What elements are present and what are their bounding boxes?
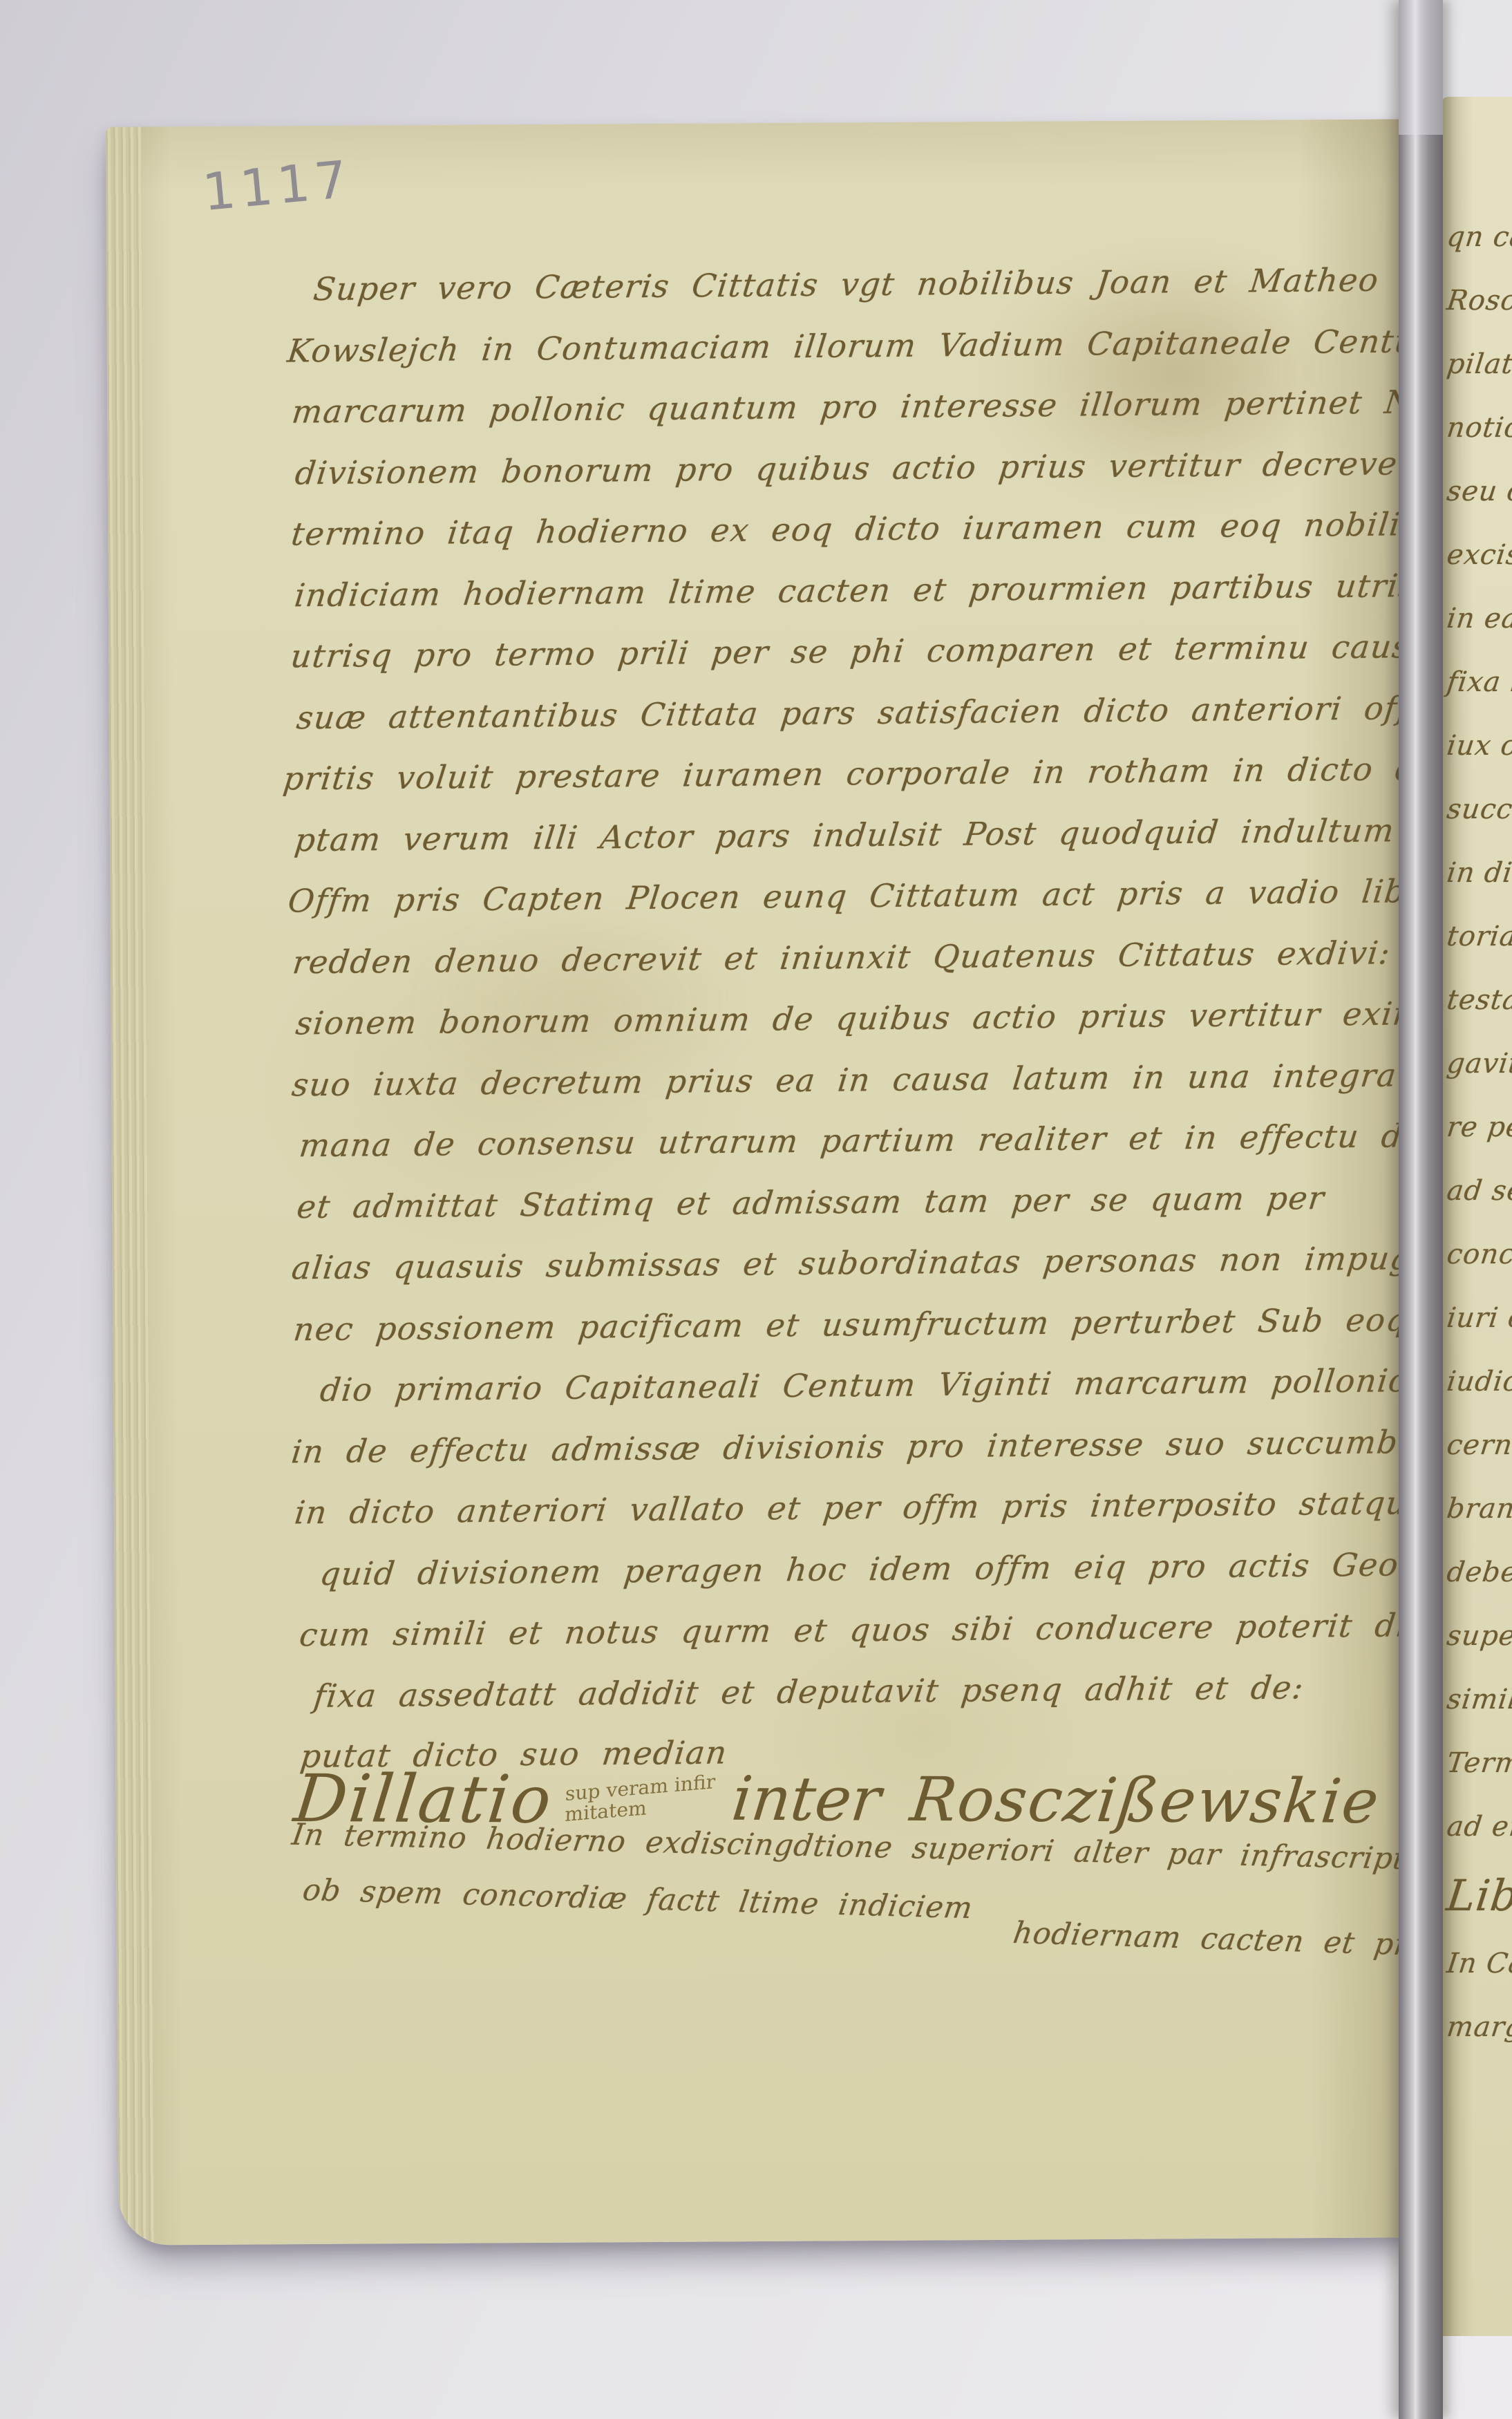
- manuscript-line: alias quasuis submissas et subordinatas …: [290, 1239, 1421, 1287]
- facing-page-text-fragment: margaret: [1445, 2011, 1512, 2043]
- entry-second-line-cont: hodiernam cacten et prodernioi: [1011, 1916, 1421, 1966]
- entry-second-line: ob spem concordiæ factt ltime indiciem: [301, 1873, 976, 1926]
- facing-page-text-fragment: qn caus: [1445, 221, 1512, 253]
- facing-page-heading-fragment: Liber: [1444, 1870, 1512, 1921]
- facing-page-text-fragment: fixa in: [1445, 666, 1512, 698]
- facing-page-text-fragment: in eaq c: [1445, 603, 1512, 634]
- manuscript-photo: 1117 Super vero Cæteris Cittatis vgt nob…: [0, 0, 1512, 2419]
- glass-rod-translucent-top: [1399, 0, 1443, 135]
- facing-page-text-fragment: testatur!: [1445, 984, 1512, 1016]
- manuscript-line: divisionem bonorum pro quibus actio priu…: [293, 444, 1421, 491]
- facing-page-text-fragment: ad seque: [1445, 1175, 1512, 1207]
- facing-page-text-fragment: ad emissa: [1445, 1811, 1512, 1843]
- facing-page-text-fragment: cernes: [1445, 1429, 1512, 1461]
- page-number-pencil: 1117: [200, 149, 355, 223]
- facing-page-text-fragment: iudicam: [1445, 1366, 1512, 1397]
- heading-family-name: Rosczißewskie: [907, 1769, 1383, 1832]
- facing-page-text-fragment: Termino: [1445, 1747, 1512, 1779]
- facing-page-text-fragment: toria est: [1445, 921, 1512, 952]
- manuscript-line: cum simili et notus qurm et quos sibi co…: [298, 1606, 1421, 1653]
- facing-page-text-fragment: iux conc: [1445, 730, 1512, 762]
- manuscript-line: in dicto anteriori vallato et per offm p…: [293, 1484, 1421, 1532]
- facing-page-text-fragment: debet ps: [1445, 1556, 1512, 1588]
- manuscript-line: quid divisionem peragen hoc idem offm ei…: [318, 1545, 1421, 1592]
- manuscript-line: utrisq pro termo prili per se phi compar…: [289, 628, 1421, 675]
- facing-page-text-fragment: concedi.: [1445, 1239, 1512, 1270]
- heading-word-inter: inter: [729, 1769, 884, 1830]
- facing-page-text-fragment: Rosczisk: [1445, 285, 1512, 317]
- facing-page-text-fragment: notione: [1445, 412, 1512, 444]
- facing-page-text-fragment: excisten: [1445, 539, 1512, 571]
- facing-page-text-fragment: pilate: [1445, 348, 1512, 380]
- facing-page-text-fragment: re petijtq: [1445, 1111, 1512, 1143]
- facing-page-text-fragment: In Causa: [1445, 1948, 1512, 1979]
- manuscript-line: termino itaq hodierno ex eoq dicto iuram…: [290, 505, 1421, 553]
- manuscript-line: pritis voluit prestare iuramen corporale…: [281, 749, 1421, 797]
- facing-page-text-fragment: in dicto q: [1445, 857, 1512, 889]
- manuscript-line: ptam verum illi Actor pars indulsit Post…: [293, 811, 1397, 858]
- glass-rod: [1399, 0, 1443, 2419]
- manuscript-line: Offm pris Capten Plocen eunq Cittatum ac…: [286, 872, 1421, 919]
- facing-page-text-fragment: seu comm: [1445, 476, 1512, 507]
- facing-page-text-fragment: iuri com: [1445, 1302, 1512, 1334]
- manuscript-line: indiciam hodiernam ltime cacten et prour…: [292, 567, 1421, 614]
- heading-interlinear-note: sup veram infir mitatem: [565, 1771, 716, 1825]
- facing-page-text-fragment: succubitt: [1445, 793, 1512, 825]
- manuscript-line: dio primario Capitaneali Centum Viginti …: [318, 1362, 1409, 1409]
- manuscript-line: mana de consensu utrarum partium realite…: [297, 1117, 1421, 1164]
- facing-page-text-fragment: gavit et: [1445, 1048, 1512, 1080]
- facing-page-text-fragment: similibus: [1445, 1684, 1512, 1715]
- facing-page-text-fragment: bran de: [1445, 1493, 1512, 1525]
- manuscript-line: fixa assedtatt addidit et deputavit psen…: [312, 1668, 1306, 1715]
- page-stack-edge: [106, 126, 155, 2245]
- manuscript-line: nec possionem pacificam et usumfructum p…: [292, 1300, 1421, 1348]
- manuscript-line: et admittat Statimq et admissam tam per …: [295, 1179, 1327, 1225]
- facing-page-sliver: qn caus Rosczisk pilate notione seu comm…: [1442, 97, 1512, 2336]
- manuscript-line: in de effectu admissæ divisionis pro int…: [290, 1423, 1421, 1471]
- manuscript-line: suæ attentantibus Cittata pars satisfaci…: [295, 689, 1421, 737]
- facing-page-text-fragment: super sui: [1445, 1620, 1512, 1652]
- manuscript-page: 1117 Super vero Cæteris Cittatis vgt nob…: [106, 119, 1421, 2245]
